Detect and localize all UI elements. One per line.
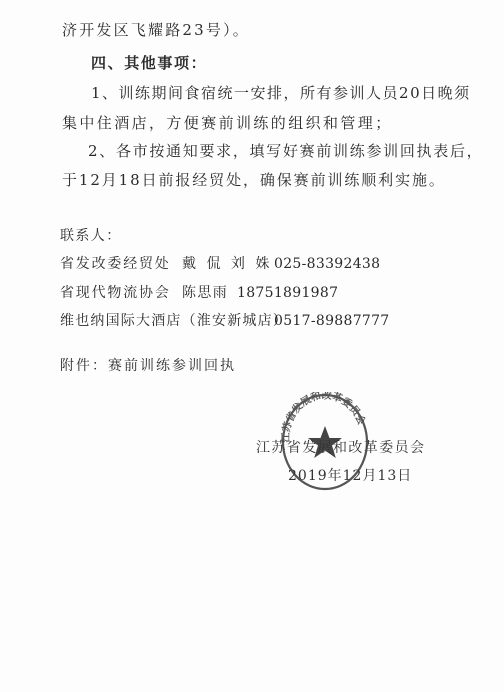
issue-date: 2019年12月13日 xyxy=(288,466,412,486)
contact-phone: 0517-89887777 xyxy=(274,311,390,331)
document-page: 济开发区飞耀路23号）。 四、其他事项： 1、训练期间食宿统一安排，所有参训人员… xyxy=(0,0,504,692)
contact-phone: 025-83392438 xyxy=(274,254,380,274)
issuer-name: 江苏省发展和改革委员会 xyxy=(256,438,425,458)
contact-names: 戴 侃 刘 姝 xyxy=(182,254,274,274)
contact-row: 省现代物流协会陈思雨18751891987 xyxy=(60,283,338,303)
contact-org: 省发改委经贸处 xyxy=(60,254,182,274)
address-tail-text: 济开发区飞耀路23号）。 xyxy=(62,20,250,40)
item-1-line-1: 1、训练期间食宿统一安排，所有参训人员20日晚须 xyxy=(91,83,471,103)
contact-org: 维也纳国际大酒店（淮安新城店） xyxy=(60,311,274,331)
contact-names: 陈思雨 xyxy=(182,283,237,303)
section-4-heading: 四、其他事项： xyxy=(91,53,207,73)
item-2-line-2: 于12月18日前报经贸处，确保赛前训练顺利实施。 xyxy=(62,170,446,190)
item-2-line-1: 2、各市按通知要求，填写好赛前训练参训回执表后， xyxy=(88,141,483,161)
contact-row: 省发改委经贸处戴 侃 刘 姝025-83392438 xyxy=(60,254,380,274)
contact-row: 维也纳国际大酒店（淮安新城店）0517-89887777 xyxy=(60,311,390,331)
contact-org: 省现代物流协会 xyxy=(60,283,182,303)
attachment-note: 附件：赛前训练参训回执 xyxy=(60,356,236,376)
contact-phone: 18751891987 xyxy=(237,283,338,303)
contacts-label: 联系人： xyxy=(60,226,122,246)
item-1-line-2: 集中住酒店，方便赛前训练的组织和管理； xyxy=(62,113,393,133)
